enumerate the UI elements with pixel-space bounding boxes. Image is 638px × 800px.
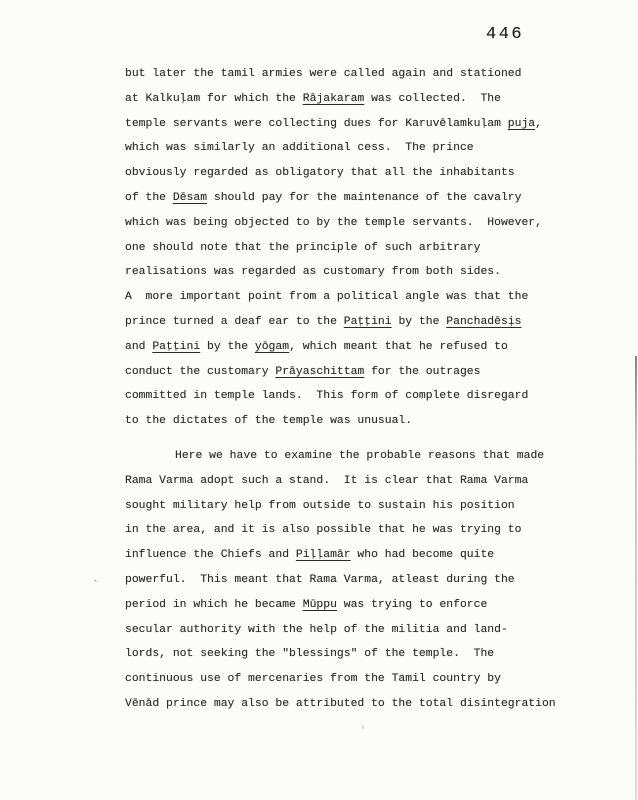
text-line: to the dictates of the temple was unusua…: [125, 409, 556, 434]
text-block: but later the tamil armies were called a…: [125, 62, 556, 717]
text-line: Rama Varma adopt such a stand. It is cle…: [125, 469, 556, 494]
text-line: secular authority with the help of the m…: [125, 618, 556, 643]
text-segment: should pay for the maintenance of the ca…: [207, 192, 521, 204]
text-segment: ,: [535, 118, 542, 130]
text-line: conduct the customary Prāyaschittam for …: [125, 360, 556, 385]
paragraph: but later the tamil armies were called a…: [125, 62, 556, 434]
text-line: at Kalkuḷam for which the Rājakaram was …: [125, 87, 556, 112]
text-segment: secular authority with the help of the m…: [125, 624, 508, 636]
text-segment: sought military help from outside to sus…: [125, 500, 515, 512]
text-segment: by the: [200, 341, 255, 353]
text-line: Vēnād prince may also be attributed to t…: [125, 692, 556, 717]
text-segment: A more important point from a political …: [125, 291, 528, 303]
text-segment: influence the Chiefs and: [125, 549, 296, 561]
underlined-term: Prāyaschittam: [275, 366, 364, 378]
text-line: of the Dēsam should pay for the maintena…: [125, 186, 556, 211]
page-number: 446: [486, 25, 524, 44]
text-line: realisations was regarded as customary f…: [125, 260, 556, 285]
text-line: Here we have to examine the probable rea…: [125, 444, 556, 469]
text-line: sought military help from outside to sus…: [125, 494, 556, 519]
text-segment: in the area, and it is also possible tha…: [125, 524, 521, 536]
text-segment: lords, not seeking the "blessings" of th…: [125, 648, 494, 660]
underlined-term: puja: [508, 118, 535, 130]
text-segment: and: [125, 341, 152, 353]
text-line: prince turned a deaf ear to the Paṭṭini …: [125, 310, 556, 335]
text-line: continuous use of mercenaries from the T…: [125, 667, 556, 692]
text-segment: to the dictates of the temple was unusua…: [125, 415, 412, 427]
text-segment: obviously regarded as obligatory that al…: [125, 167, 515, 179]
text-segment: was collected. The: [364, 93, 501, 105]
paragraph: Here we have to examine the probable rea…: [125, 444, 556, 717]
scan-artifact-mark: `: [92, 580, 100, 593]
text-line: powerful. This meant that Rama Varma, at…: [125, 568, 556, 593]
text-line: which was being objected to by the templ…: [125, 211, 556, 236]
text-segment: which was being objected to by the templ…: [125, 217, 542, 229]
text-segment: at Kalkuḷam for which the: [125, 93, 303, 105]
text-segment: , which meant that he refused to: [289, 341, 508, 353]
text-segment: Vēnād prince may also be attributed to t…: [125, 698, 556, 710]
text-segment: period in which he became: [125, 599, 303, 611]
scan-edge-line: [635, 356, 637, 800]
underlined-term: Rājakaram: [303, 93, 365, 105]
text-segment: prince turned a deaf ear to the: [125, 316, 344, 328]
text-segment: of the: [125, 192, 173, 204]
text-segment: was trying to enforce: [337, 599, 487, 611]
text-segment: by the: [392, 316, 447, 328]
scan-artifact-speck: ': [360, 726, 366, 737]
text-line: temple servants were collecting dues for…: [125, 112, 556, 137]
text-segment: for the outrages: [364, 366, 480, 378]
text-line: one should note that the principle of su…: [125, 236, 556, 261]
text-line: in the area, and it is also possible tha…: [125, 518, 556, 543]
underlined-term: Mūppu: [303, 599, 337, 611]
text-segment: Here we have to examine the probable rea…: [175, 450, 544, 462]
text-segment: realisations was regarded as customary f…: [125, 266, 501, 278]
text-segment: who had become quite: [351, 549, 495, 561]
text-line: lords, not seeking the "blessings" of th…: [125, 642, 556, 667]
scanned-document-page: 446 but later the tamil armies were call…: [0, 0, 638, 800]
text-segment: Rama Varma adopt such a stand. It is cle…: [125, 475, 528, 487]
text-line: which was similarly an additional cess. …: [125, 136, 556, 161]
text-segment: one should note that the principle of su…: [125, 242, 480, 254]
underlined-term: Dēsam: [173, 192, 207, 204]
underlined-term: Paṭṭini: [152, 341, 200, 353]
underlined-term: Paṭṭini: [344, 316, 392, 328]
text-line: influence the Chiefs and Piḷḷamār who ha…: [125, 543, 556, 568]
text-line: but later the tamil armies were called a…: [125, 62, 556, 87]
text-segment: powerful. This meant that Rama Varma, at…: [125, 574, 515, 586]
text-line: committed in temple lands. This form of …: [125, 384, 556, 409]
text-segment: conduct the customary: [125, 366, 275, 378]
text-segment: committed in temple lands. This form of …: [125, 390, 528, 402]
text-segment: which was similarly an additional cess. …: [125, 142, 474, 154]
text-line: obviously regarded as obligatory that al…: [125, 161, 556, 186]
text-line: period in which he became Mūppu was tryi…: [125, 593, 556, 618]
underlined-term: yōgam: [255, 341, 289, 353]
text-segment: temple servants were collecting dues for…: [125, 118, 508, 130]
text-segment: continuous use of mercenaries from the T…: [125, 673, 501, 685]
text-line: A more important point from a political …: [125, 285, 556, 310]
underlined-term: Panchadēsịs: [446, 316, 521, 328]
text-segment: but later the tamil armies were called a…: [125, 68, 521, 80]
text-line: and Paṭṭini by the yōgam, which meant th…: [125, 335, 556, 360]
underlined-term: Piḷḷamār: [296, 549, 351, 561]
